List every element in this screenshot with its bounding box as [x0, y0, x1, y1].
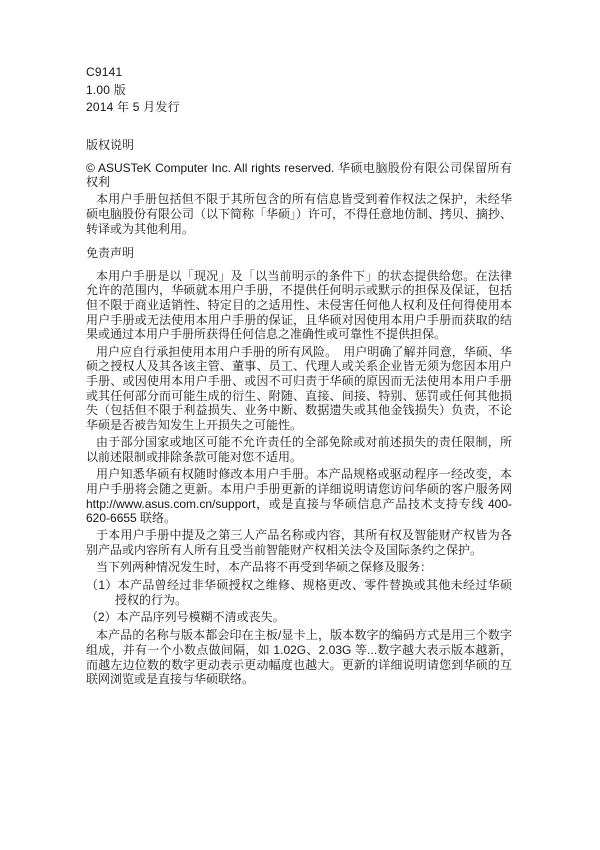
disclaimer-paragraph-3: 由于部分国家或地区可能不允许责任的全部免除或对前述损失的责任限制，所以前述限制或… [86, 435, 512, 464]
warranty-void-item-2: （2）本产品序列号模糊不清或丧失。 [86, 610, 512, 625]
copyright-heading: 版权说明 [86, 138, 512, 153]
disclaimer-paragraph-2: 用户应自行承担使用本用户手册的所有风险。 用户明确了解并同意，华硕、华硕之授权人… [86, 345, 512, 433]
part-number: C9141 [86, 64, 512, 82]
manual-version: 1.00 版 [86, 82, 512, 100]
publish-date: 2014 年 5 月发行 [86, 99, 512, 117]
manual-copyright-page: C9141 1.00 版 2014 年 5 月发行 版权说明 © ASUSTeK… [0, 0, 600, 850]
warranty-conditions-intro: 当下列两种情况发生时，本产品将不再受到华硕之保修及服务： [86, 560, 512, 575]
copyright-notice: © ASUSTeK Computer Inc. All rights reser… [86, 161, 512, 190]
disclaimer-paragraph-1: 本用户手册是以「现况」及「以当前明示的条件下」的状态提供给您。在法律允许的范围内… [86, 269, 512, 343]
product-version-note: 本产品的名称与版本都会印在主板/显卡上，版本数字的编码方式是用三个数字组成，并有… [86, 628, 512, 687]
copyright-paragraph: 本用户手册包括但不限于其所包含的所有信息皆受到着作权法之保护，未经华硕电脑股份有… [86, 192, 512, 236]
third-party-rights-paragraph: 于本用户手册中提及之第三人产品名称或内容，其所有权及智能财产权皆为各别产品或内容… [86, 528, 512, 557]
doc-meta: C9141 1.00 版 2014 年 5 月发行 [86, 64, 512, 117]
manual-update-paragraph: 用户知悉华硕有权随时修改本用户手册。本产品规格或驱动程序一经改变，本用户手册将会… [86, 467, 512, 526]
warranty-void-item-1: （1）本产品曾经过非华硕授权之维修、规格更改、零件替换或其他未经过华硕授权的行为… [86, 578, 512, 607]
page-content: C9141 1.00 版 2014 年 5 月发行 版权说明 © ASUSTeK… [86, 64, 512, 690]
disclaimer-heading: 免责声明 [86, 246, 512, 261]
